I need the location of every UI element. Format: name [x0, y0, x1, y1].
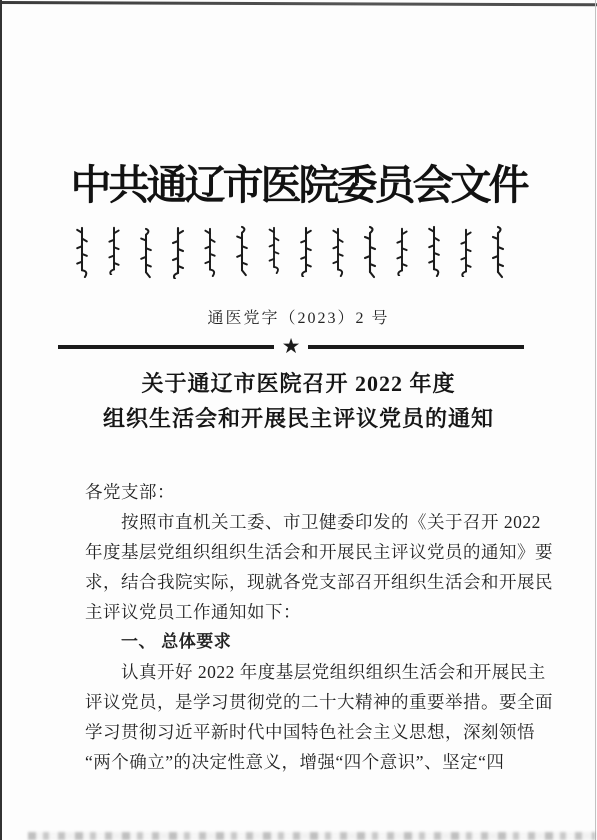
- body-line: 年度基层党组织组织生活会和开展民主评议党员的通知》要: [85, 537, 535, 567]
- document-title-line-1: 关于通辽市医院召开 2022 年度: [0, 366, 597, 401]
- divider-line-right: [308, 345, 524, 349]
- body-line: “两个确立”的决定性意义，增强“四个意识”、坚定“四: [85, 747, 535, 777]
- body-line: 按照市直机关工委、市卫健委印发的《关于召开 2022: [85, 507, 535, 537]
- body-line: 评议党员，是学习贯彻党的二十大精神的重要举措。要全面: [85, 687, 535, 717]
- scan-edge-top: [0, 1, 597, 6]
- scanned-document-page: 中共通辽市医院委员会文件: [0, 0, 597, 840]
- star-divider: ★: [58, 337, 524, 357]
- divider-line-left: [58, 345, 274, 349]
- issuing-org-title: 中共通辽市医院委员会文件: [0, 158, 597, 212]
- body-line: 学习贯彻习近平新时代中国特色社会主义思想，深刻领悟: [85, 717, 535, 747]
- document-title-line-2: 组织生活会和开展民主评议党员的通知: [0, 401, 597, 436]
- body-line-salutation: 各党支部：: [85, 477, 535, 507]
- body-line: 认真开好 2022 年度基层党组织组织生活会和开展民主: [85, 657, 535, 687]
- doc-number: 通医党字（2023）2 号: [0, 305, 597, 328]
- document-body: 各党支部： 按照市直机关工委、市卫健委印发的《关于召开 2022 年度基层党组织…: [85, 477, 535, 777]
- section-heading: 一、 总体要求: [85, 627, 535, 657]
- body-line: 求，结合我院实际，现就各党支部召开组织生活会和开展民: [85, 567, 535, 597]
- mongolian-script-icon: [75, 225, 523, 279]
- scan-bottom-smudge: [28, 832, 595, 840]
- star-icon: ★: [274, 336, 309, 357]
- document-title: 关于通辽市医院召开 2022 年度 组织生活会和开展民主评议党员的通知: [0, 366, 597, 436]
- body-line: 主评议党员工作通知如下：: [85, 597, 535, 627]
